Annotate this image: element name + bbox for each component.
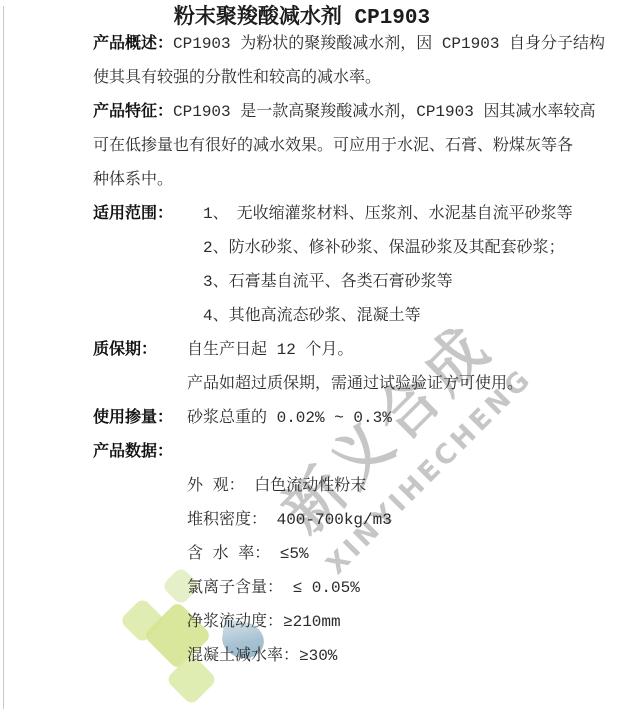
document-row: 使其具有较强的分散性和较高的减水率。 [93, 61, 593, 95]
document-row: 混凝土减水率：≥30% [93, 639, 593, 673]
document-row: 产品特征：CP1903 是一款高聚羧酸减水剂，CP1903 因其减水率较高 [93, 95, 593, 129]
document-row: 3、石膏基自流平、各类石膏砂浆等 [93, 265, 593, 299]
section-label: 使用掺量： [93, 401, 173, 435]
section-label: 适用范围： [93, 197, 173, 231]
row-text: 净浆流动度：≥210mm [187, 613, 341, 631]
document-row: 4、其他高流态砂浆、混凝土等 [93, 299, 593, 333]
row-text: CP1903 为粉状的聚羧酸减水剂，因 CP1903 自身分子结构 [173, 35, 605, 53]
row-text: CP1903 是一款高聚羧酸减水剂，CP1903 因其减水率较高 [173, 103, 595, 121]
row-text: 4、其他高流态砂浆、混凝土等 [203, 307, 421, 325]
page-left-edge-divider [3, 6, 4, 709]
document-row: 产品概述：CP1903 为粉状的聚羧酸减水剂，因 CP1903 自身分子结构 [93, 27, 593, 61]
product-datasheet-page: 新义合成 XINYIHECHENG 粉末聚羧酸减水剂 CP1903 产品概述：C… [0, 0, 638, 709]
section-label: 产品概述： [93, 35, 173, 53]
row-text: 可在低掺量也有很好的减水效果。可应用于水泥、石膏、粉煤灰等各 [93, 137, 573, 155]
document-row: 外 观： 白色流动性粉末 [93, 469, 593, 503]
document-row: 适用范围：1、 无收缩灌浆材料、压浆剂、水泥基自流平砂浆等 [93, 197, 593, 231]
document-row: 使用掺量：砂浆总重的 0.02% ~ 0.3% [93, 401, 593, 435]
row-text: 自生产日起 12 个月。 [187, 341, 353, 359]
row-text: 氯离子含量： ≤ 0.05% [187, 579, 360, 597]
document-row: 种体系中。 [93, 163, 593, 197]
row-text: 混凝土减水率：≥30% [187, 647, 337, 665]
row-text: 种体系中。 [93, 171, 173, 189]
row-text: 砂浆总重的 0.02% ~ 0.3% [187, 409, 392, 427]
document-row: 堆积密度： 400-700kg/m3 [93, 503, 593, 537]
row-text: 产品如超过质保期，需通过试验验证方可使用。 [187, 375, 523, 393]
row-text: 堆积密度： 400-700kg/m3 [187, 511, 392, 529]
document-body: 产品概述：CP1903 为粉状的聚羧酸减水剂，因 CP1903 自身分子结构 使… [93, 27, 593, 673]
document-row: 产品如超过质保期，需通过试验验证方可使用。 [93, 367, 593, 401]
document-row: 可在低掺量也有很好的减水效果。可应用于水泥、石膏、粉煤灰等各 [93, 129, 593, 163]
section-label: 产品特征： [93, 103, 173, 121]
document-row: 净浆流动度：≥210mm [93, 605, 593, 639]
row-text: 使其具有较强的分散性和较高的减水率。 [93, 69, 381, 87]
section-label: 产品数据： [93, 443, 173, 461]
document-row: 产品数据： [93, 435, 593, 469]
row-text: 含 水 率： ≤5% [187, 545, 309, 563]
document-row: 氯离子含量： ≤ 0.05% [93, 571, 593, 605]
row-text: 3、石膏基自流平、各类石膏砂浆等 [203, 273, 453, 291]
document-row: 质保期：自生产日起 12 个月。 [93, 333, 593, 367]
document-row: 2、防水砂浆、修补砂浆、保温砂浆及其配套砂浆； [93, 231, 593, 265]
document-row: 含 水 率： ≤5% [93, 537, 593, 571]
section-label: 质保期： [93, 333, 157, 367]
row-text: 1、 无收缩灌浆材料、压浆剂、水泥基自流平砂浆等 [203, 205, 573, 223]
row-text: 2、防水砂浆、修补砂浆、保温砂浆及其配套砂浆； [203, 239, 565, 257]
row-text: 外 观： 白色流动性粉末 [187, 477, 366, 495]
